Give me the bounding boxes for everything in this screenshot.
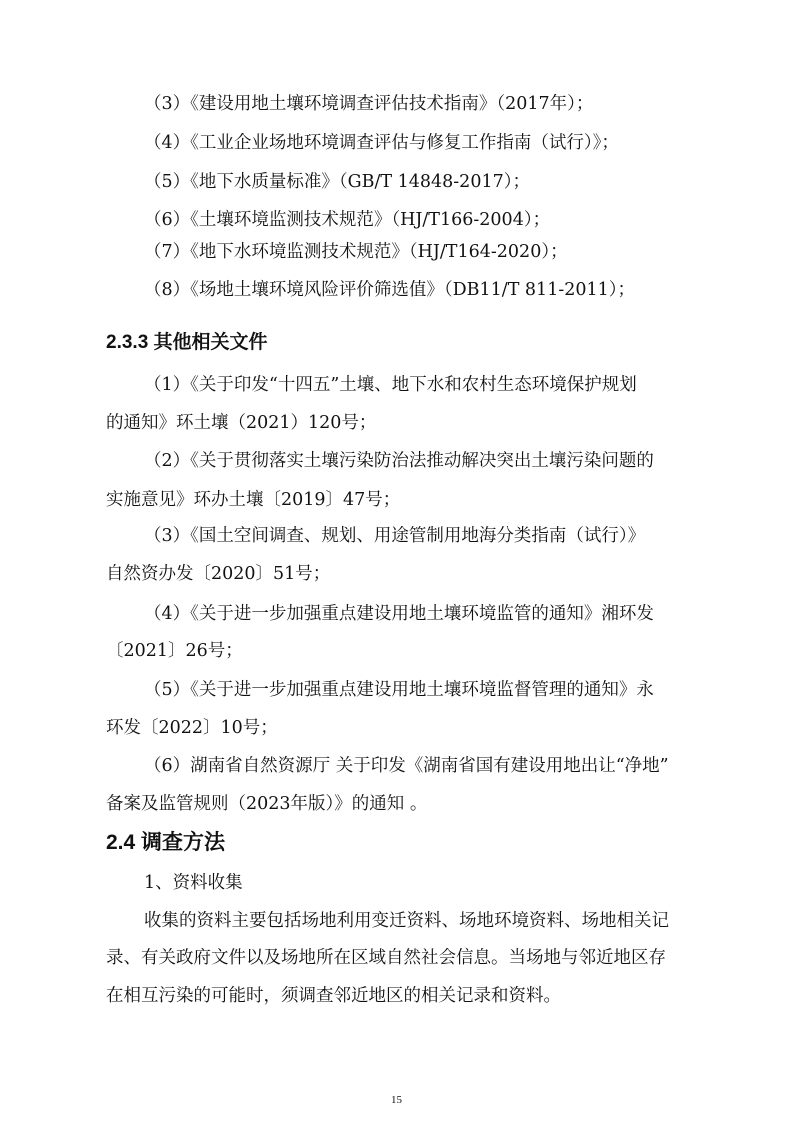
doc-item-6-line-2: 备案及监管规则（2023年版）》的通知 。 — [106, 793, 686, 815]
doc-item-2-line-2: 实施意见》环办土壤〔2019〕47号； — [106, 489, 686, 511]
doc-item-3-line-2: 自然资办发〔2020〕51号； — [106, 563, 686, 585]
doc-item-4-line-2: 〔2021〕26号； — [106, 640, 686, 662]
standard-item-5: （5）《地下水质量标准》（GB/T 14848-2017）； — [144, 171, 724, 193]
section-heading-2-4: 2.4 调查方法 — [106, 830, 225, 856]
doc-item-5-line-1: （5）《关于进一步加强重点建设用地土壤环境监督管理的通知》永 — [144, 679, 724, 701]
standard-item-7: （7）《地下水环境监测技术规范》（HJ/T164-2020）； — [144, 241, 724, 263]
doc-item-3-line-1: （3）《国土空间调查、规划、用途管制用地海分类指南（试行）》 — [144, 525, 724, 547]
standard-item-3: （3）《建设用地土壤环境调查评估技术指南》（2017年）； — [144, 93, 724, 115]
doc-item-5-line-2: 环发〔2022〕10号； — [106, 717, 686, 739]
paragraph-line-1: 收集的资料主要包括场地利用变迁资料、场地环境资料、场地相关记 — [144, 910, 724, 932]
doc-item-1-line-2: 的通知》环土壤（2021）120号； — [106, 412, 686, 434]
section-heading-2-3-3: 2.3.3 其他相关文件 — [106, 331, 268, 355]
doc-item-1-line-1: （1）《关于印发“十四五”土壤、地下水和农村生态环境保护规划 — [144, 374, 724, 396]
paragraph-line-2: 录、有关政府文件以及场地所在区域自然社会信息。当场地与邻近地区存 — [106, 947, 686, 969]
standard-item-6: （6）《土壤环境监测技术规范》（HJ/T166-2004）； — [144, 209, 724, 231]
page-number: 15 — [0, 1094, 793, 1106]
doc-item-4-line-1: （4）《关于进一步加强重点建设用地土壤环境监管的通知》湘环发 — [144, 603, 724, 625]
subheading-data-collection: 1、资料收集 — [144, 872, 724, 894]
standard-item-4: （4）《工业企业场地环境调查评估与修复工作指南（试行）》； — [144, 132, 724, 154]
doc-item-6-line-1: （6）湖南省自然资源厅 关于印发《湖南省国有建设用地出让“净地” — [144, 755, 724, 777]
standard-item-8: （8）《场地土壤环境风险评价筛选值》（DB11/T 811-2011）； — [144, 279, 724, 301]
doc-item-2-line-1: （2）《关于贯彻落实土壤污染防治法推动解决突出土壤污染问题的 — [144, 450, 724, 472]
paragraph-line-3: 在相互污染的可能时，须调查邻近地区的相关记录和资料。 — [106, 985, 686, 1007]
